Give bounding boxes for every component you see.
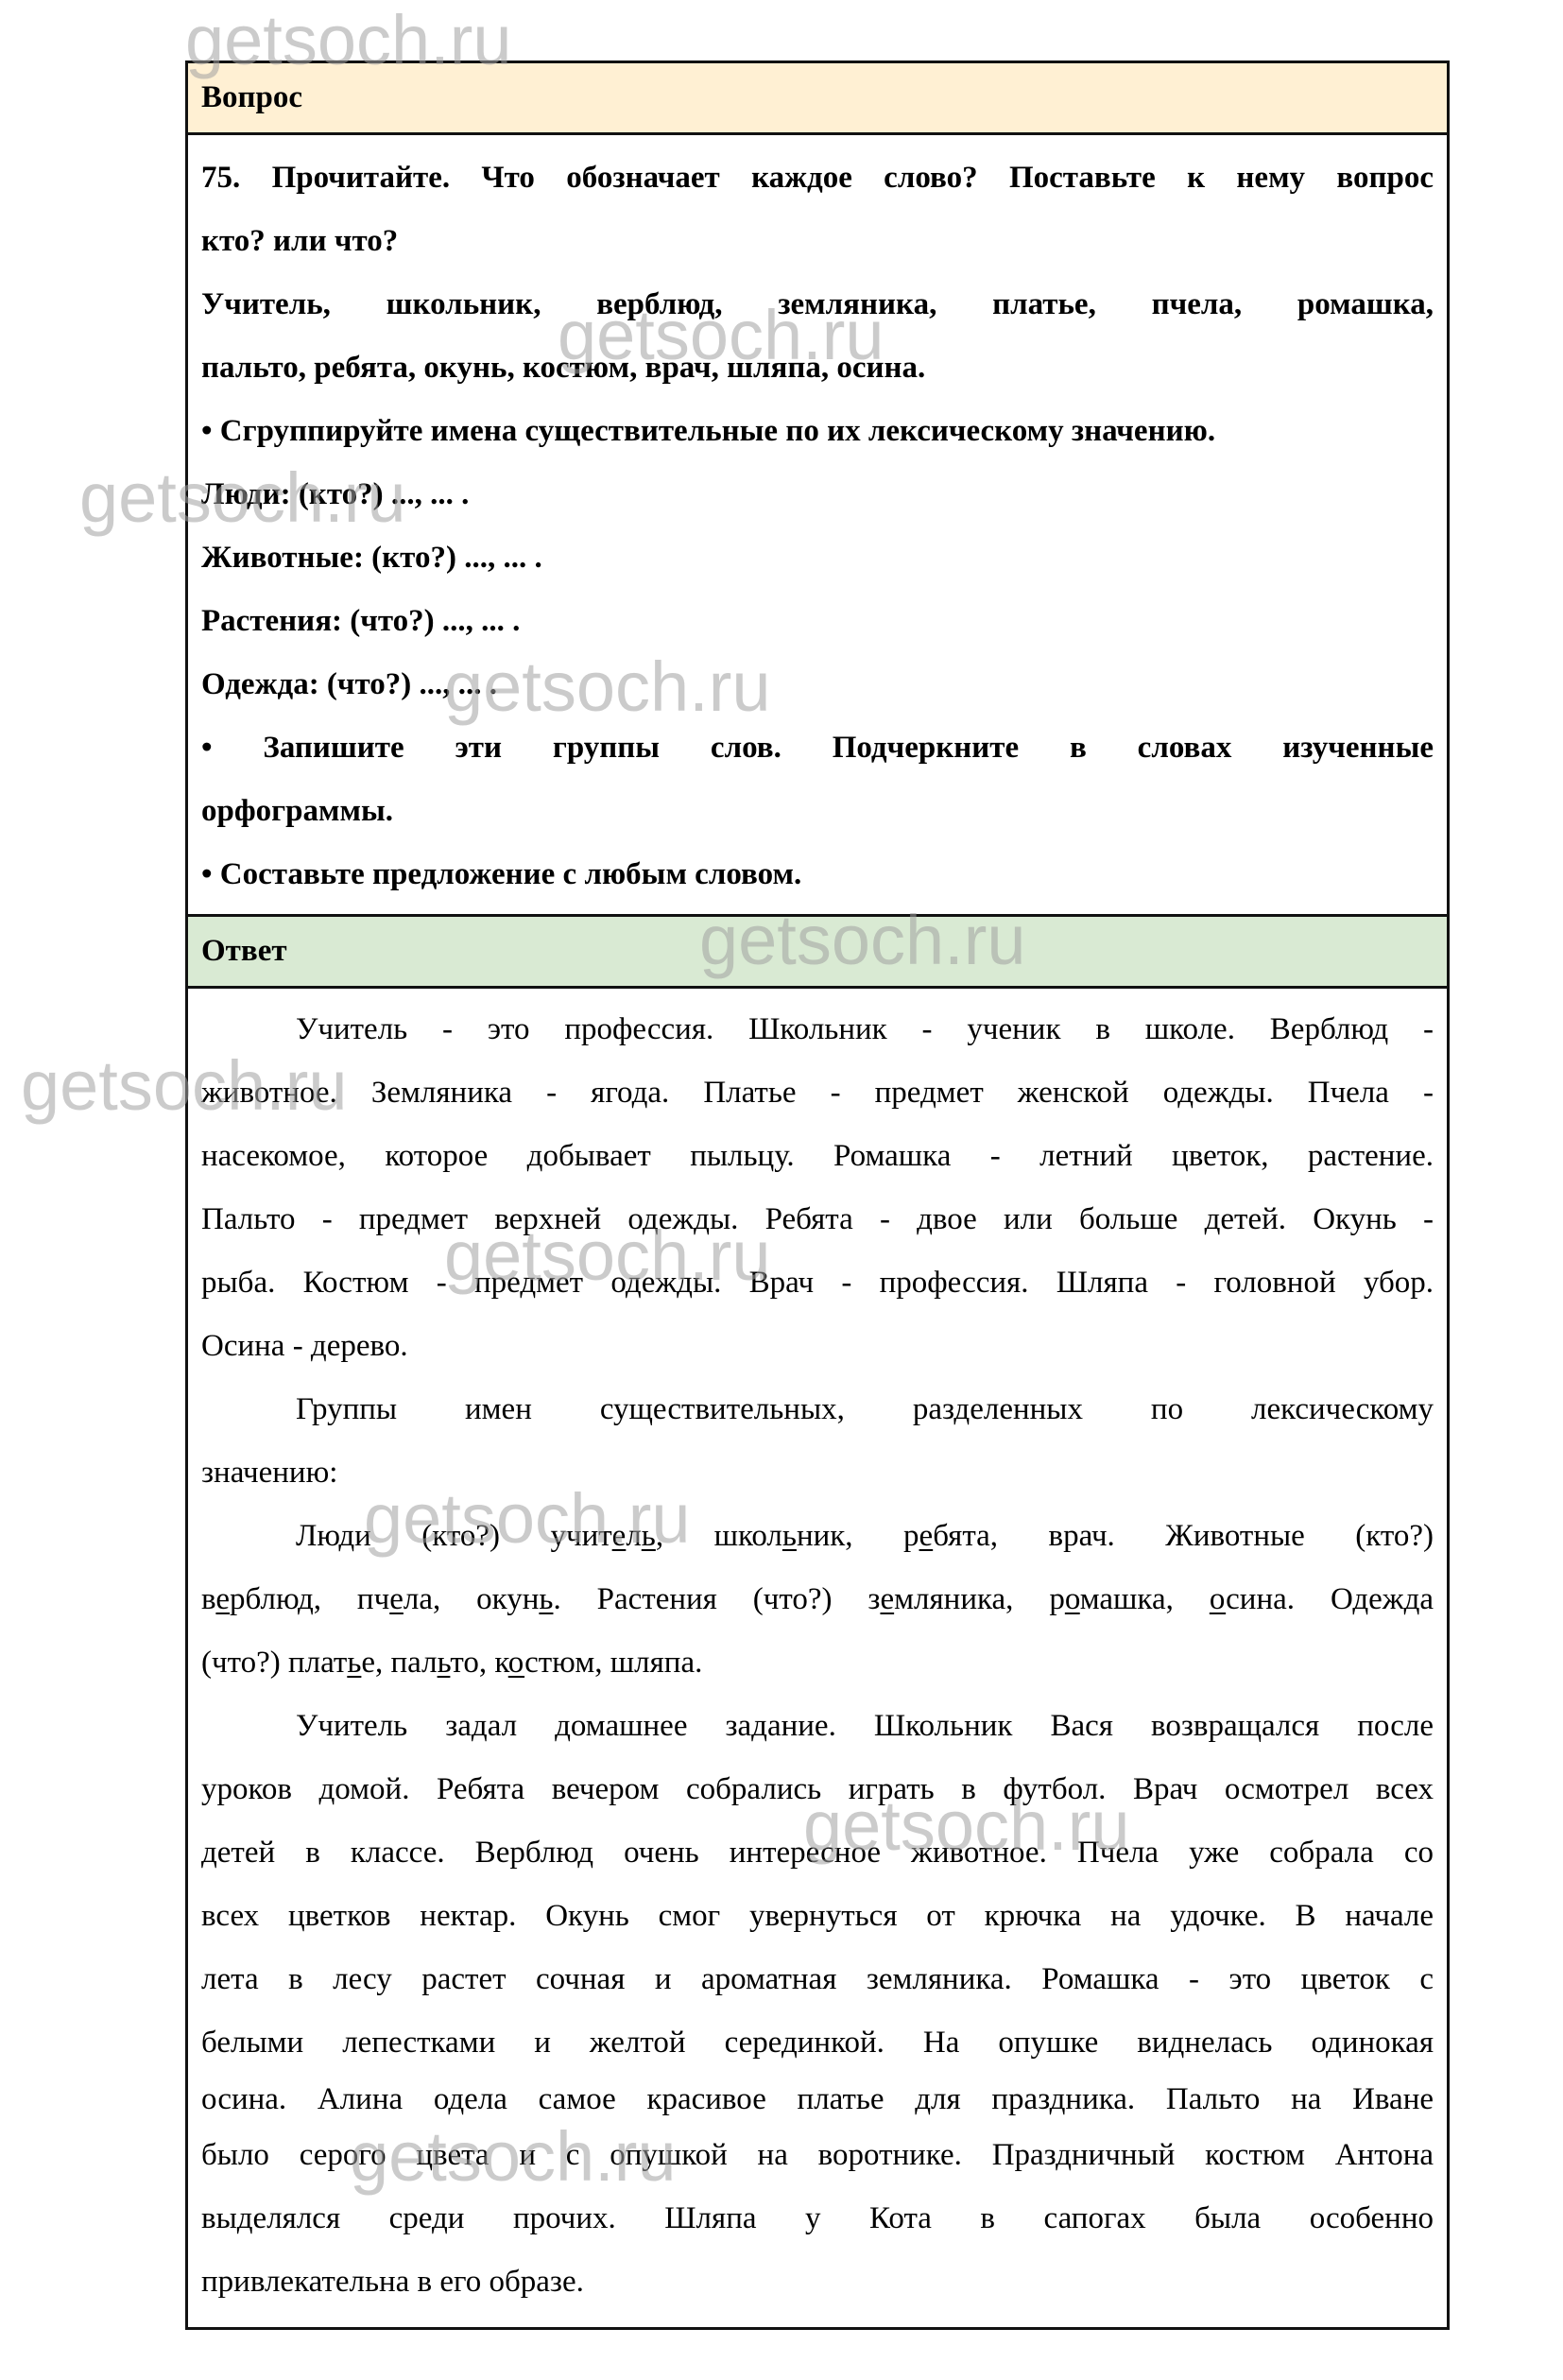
text-segment: в (201, 1582, 215, 1616)
orthogram-underline: ь (642, 1519, 656, 1553)
text-segment: (что?) плат (201, 1646, 347, 1680)
answer-line: Осина - дерево. (201, 1315, 1434, 1378)
answer-groups-line: (что?) платье, пальто, костюм, шляпа. (201, 1631, 1434, 1695)
text-segment: стюм, шляпа. (524, 1646, 702, 1680)
answer-line: Группы имен существительных, разделенных… (201, 1378, 1434, 1441)
question-header: Вопрос (188, 63, 1447, 135)
orthogram-underline: о (1065, 1582, 1080, 1616)
question-line: Люди: (кто?) ..., ... . (201, 463, 1434, 526)
question-line: Животные: (кто?) ..., ... . (201, 526, 1434, 590)
answer-line: насекомое, которое добывает пыльцу. Рома… (201, 1125, 1434, 1188)
question-line: • Составьте предложение с любым словом. (201, 843, 1434, 906)
answer-line: уроков домой. Ребята вечером собрались и… (201, 1758, 1434, 1821)
orthogram-underline: ь (347, 1646, 361, 1680)
answer-line: выделялся среди прочих. Шляпа у Кота в с… (201, 2187, 1434, 2251)
orthogram-underline: ь (438, 1646, 451, 1680)
orthogram-underline: е (389, 1582, 404, 1616)
answer-line: лета в лесу растет сочная и ароматная зе… (201, 1948, 1434, 2011)
text-segment: машка, (1080, 1582, 1210, 1616)
answer-line: было серого цвета и с опушкой на воротни… (201, 2124, 1434, 2187)
text-segment: е, пал (361, 1646, 437, 1680)
question-line: кто? или что? (201, 210, 1434, 273)
orthogram-underline: о (1210, 1582, 1226, 1616)
text-segment: то, к (450, 1646, 507, 1680)
question-line: Одежда: (что?) ..., ... . (201, 653, 1434, 716)
question-line: 75. Прочитайте. Что обозначает каждое сл… (201, 147, 1434, 210)
text-segment: . Растения (что?) з (553, 1582, 880, 1616)
answer-line: Учитель задал домашнее задание. Школьник… (201, 1695, 1434, 1758)
text-segment: сина. Одежда (1226, 1582, 1434, 1616)
answer-header: Ответ (188, 917, 1447, 989)
answer-line: белыми лепестками и желтой серединкой. Н… (201, 2011, 1434, 2075)
answer-body: Учитель - это профессия. Школьник - учен… (188, 989, 1447, 2327)
question-body: 75. Прочитайте. Что обозначает каждое сл… (188, 135, 1447, 917)
text-segment: ла, окун (404, 1582, 540, 1616)
question-line: орфограммы. (201, 780, 1434, 843)
text-segment: мляника, р (894, 1582, 1065, 1616)
question-line: • Запишите эти группы слов. Подчеркните … (201, 716, 1434, 780)
question-line: пальто, ребята, окунь, костюм, врач, шля… (201, 336, 1434, 400)
answer-line: осина. Алина одела самое красивое платье… (201, 2075, 1434, 2124)
text-segment: ник, р (797, 1519, 919, 1553)
answer-line: Пальто - предмет верхней одежды. Ребята … (201, 1188, 1434, 1251)
orthogram-underline: е (215, 1582, 230, 1616)
orthogram-underline: о (508, 1646, 524, 1680)
answer-header-label: Ответ (201, 934, 287, 969)
question-line: Учитель, школьник, верблюд, земляника, п… (201, 273, 1434, 336)
text-segment: , школ (656, 1519, 782, 1553)
answer-line: привлекательна в его образе. (201, 2251, 1434, 2314)
answer-line: всех цветков нектар. Окунь смог увернуть… (201, 1885, 1434, 1948)
orthogram-underline: е (919, 1519, 934, 1553)
answer-line: рыба. Костюм - предмет одежды. Врач - пр… (201, 1251, 1434, 1315)
text-segment: л (626, 1519, 641, 1553)
answer-line: значению: (201, 1441, 1434, 1505)
answer-groups-line: Люди (кто?) учитель, школьник, ребята, в… (201, 1505, 1434, 1568)
answer-groups-line: верблюд, пчела, окунь. Растения (что?) з… (201, 1568, 1434, 1631)
question-line: Растения: (что?) ..., ... . (201, 590, 1434, 653)
answer-line: животное. Земляника - ягода. Платье - пр… (201, 1061, 1434, 1125)
question-line: • Сгруппируйте имена существительные по … (201, 400, 1434, 463)
orthogram-underline: ь (782, 1519, 797, 1553)
text-segment: бята, врач. Животные (кто?) (933, 1519, 1434, 1553)
orthogram-underline: е (612, 1519, 627, 1553)
text-segment: Люди (кто?) учит (296, 1519, 612, 1553)
question-header-label: Вопрос (201, 80, 302, 115)
qa-table: Вопрос 75. Прочитайте. Что обозначает ка… (185, 60, 1450, 2330)
orthogram-underline: е (880, 1582, 894, 1616)
orthogram-underline: ь (539, 1582, 553, 1616)
answer-line: детей в классе. Верблюд очень интересное… (201, 1821, 1434, 1885)
answer-line: Учитель - это профессия. Школьник - учен… (201, 998, 1434, 1061)
text-segment: рблюд, пч (230, 1582, 389, 1616)
